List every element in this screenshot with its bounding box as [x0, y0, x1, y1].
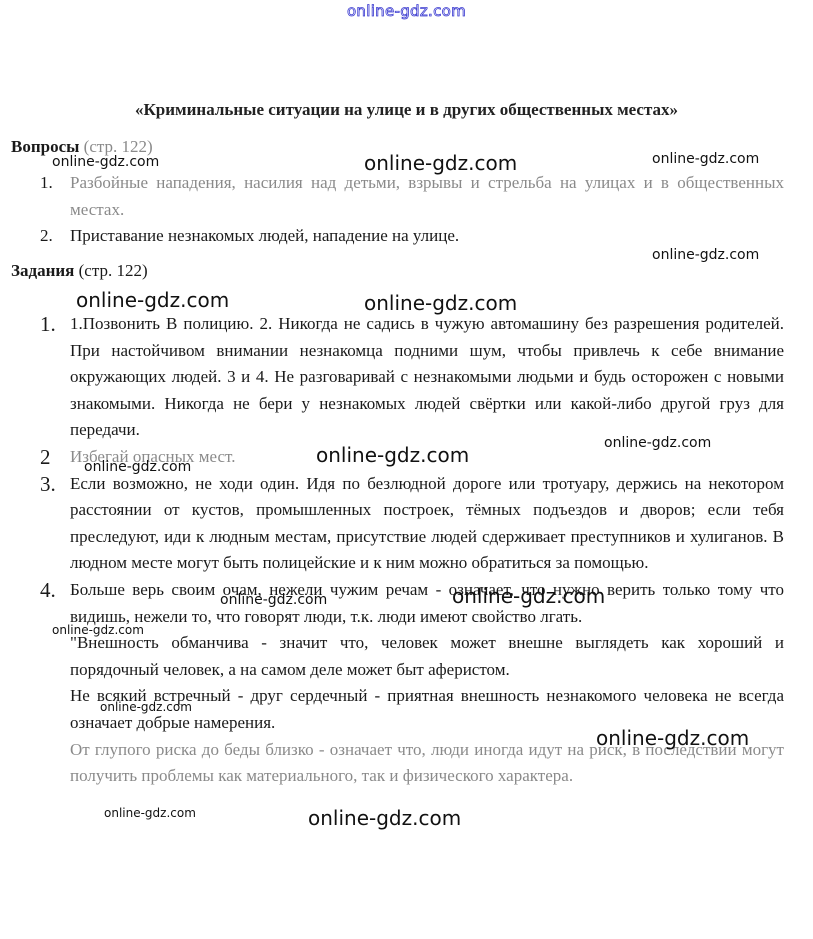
questions-list: 1. Разбойные нападения, насилия над деть… [40, 170, 784, 250]
tasks-heading-label: Задания [11, 261, 74, 280]
item-text: 1.Позвонить В полицию. 2. Никогда не сад… [70, 311, 784, 444]
task-item: 4. Больше верь своим очам, нежели чужим … [40, 577, 784, 790]
item-paragraph: Не всякий встречный - друг сердечный - п… [70, 683, 784, 736]
item-number: 3. [40, 471, 70, 577]
item-paragraph: Больше верь своим очам, нежели чужим реч… [70, 577, 784, 630]
watermark: online-gdz.com [308, 806, 461, 830]
item-number: 1. [40, 170, 70, 223]
item-number: 4. [40, 577, 70, 790]
questions-heading: Вопросы (стр. 122) [11, 137, 153, 157]
item-text: Если возможно, не ходи один. Идя по безл… [70, 471, 784, 577]
watermark: online-gdz.com [652, 151, 759, 167]
tasks-list: 1. 1.Позвонить В полицию. 2. Никогда не … [40, 311, 784, 790]
item-paragraphs: Больше верь своим очам, нежели чужим реч… [70, 577, 784, 790]
watermark: online-gdz.com [104, 806, 196, 820]
questions-heading-label: Вопросы [11, 137, 79, 156]
question-item: 1. Разбойные нападения, насилия над деть… [40, 170, 784, 223]
watermark: online-gdz.com [76, 288, 229, 312]
item-text: Избегай опасных мест. [70, 444, 784, 471]
item-paragraph: "Внешность обманчива - значит что, челов… [70, 630, 784, 683]
item-paragraph: От глупого риска до беды близко - означа… [70, 737, 784, 790]
document-title: «Криминальные ситуации на улице и в друг… [0, 100, 813, 120]
task-item: 1. 1.Позвонить В полицию. 2. Никогда не … [40, 311, 784, 444]
item-text: Разбойные нападения, насилия над детьми,… [70, 170, 784, 223]
question-item: 2. Приставание незнакомых людей, нападен… [40, 223, 784, 250]
item-number: 2. [40, 223, 70, 250]
task-item: 3. Если возможно, не ходи один. Идя по б… [40, 471, 784, 577]
item-number: 2 [40, 444, 70, 471]
tasks-heading: Задания (стр. 122) [11, 261, 148, 281]
item-number: 1. [40, 311, 70, 444]
questions-page-ref: (стр. 122) [84, 137, 153, 156]
item-text: Приставание незнакомых людей, нападение … [70, 223, 784, 250]
task-item: 2 Избегай опасных мест. [40, 444, 784, 471]
site-link[interactable]: online-gdz.com [0, 2, 813, 20]
tasks-page-ref: (стр. 122) [79, 261, 148, 280]
